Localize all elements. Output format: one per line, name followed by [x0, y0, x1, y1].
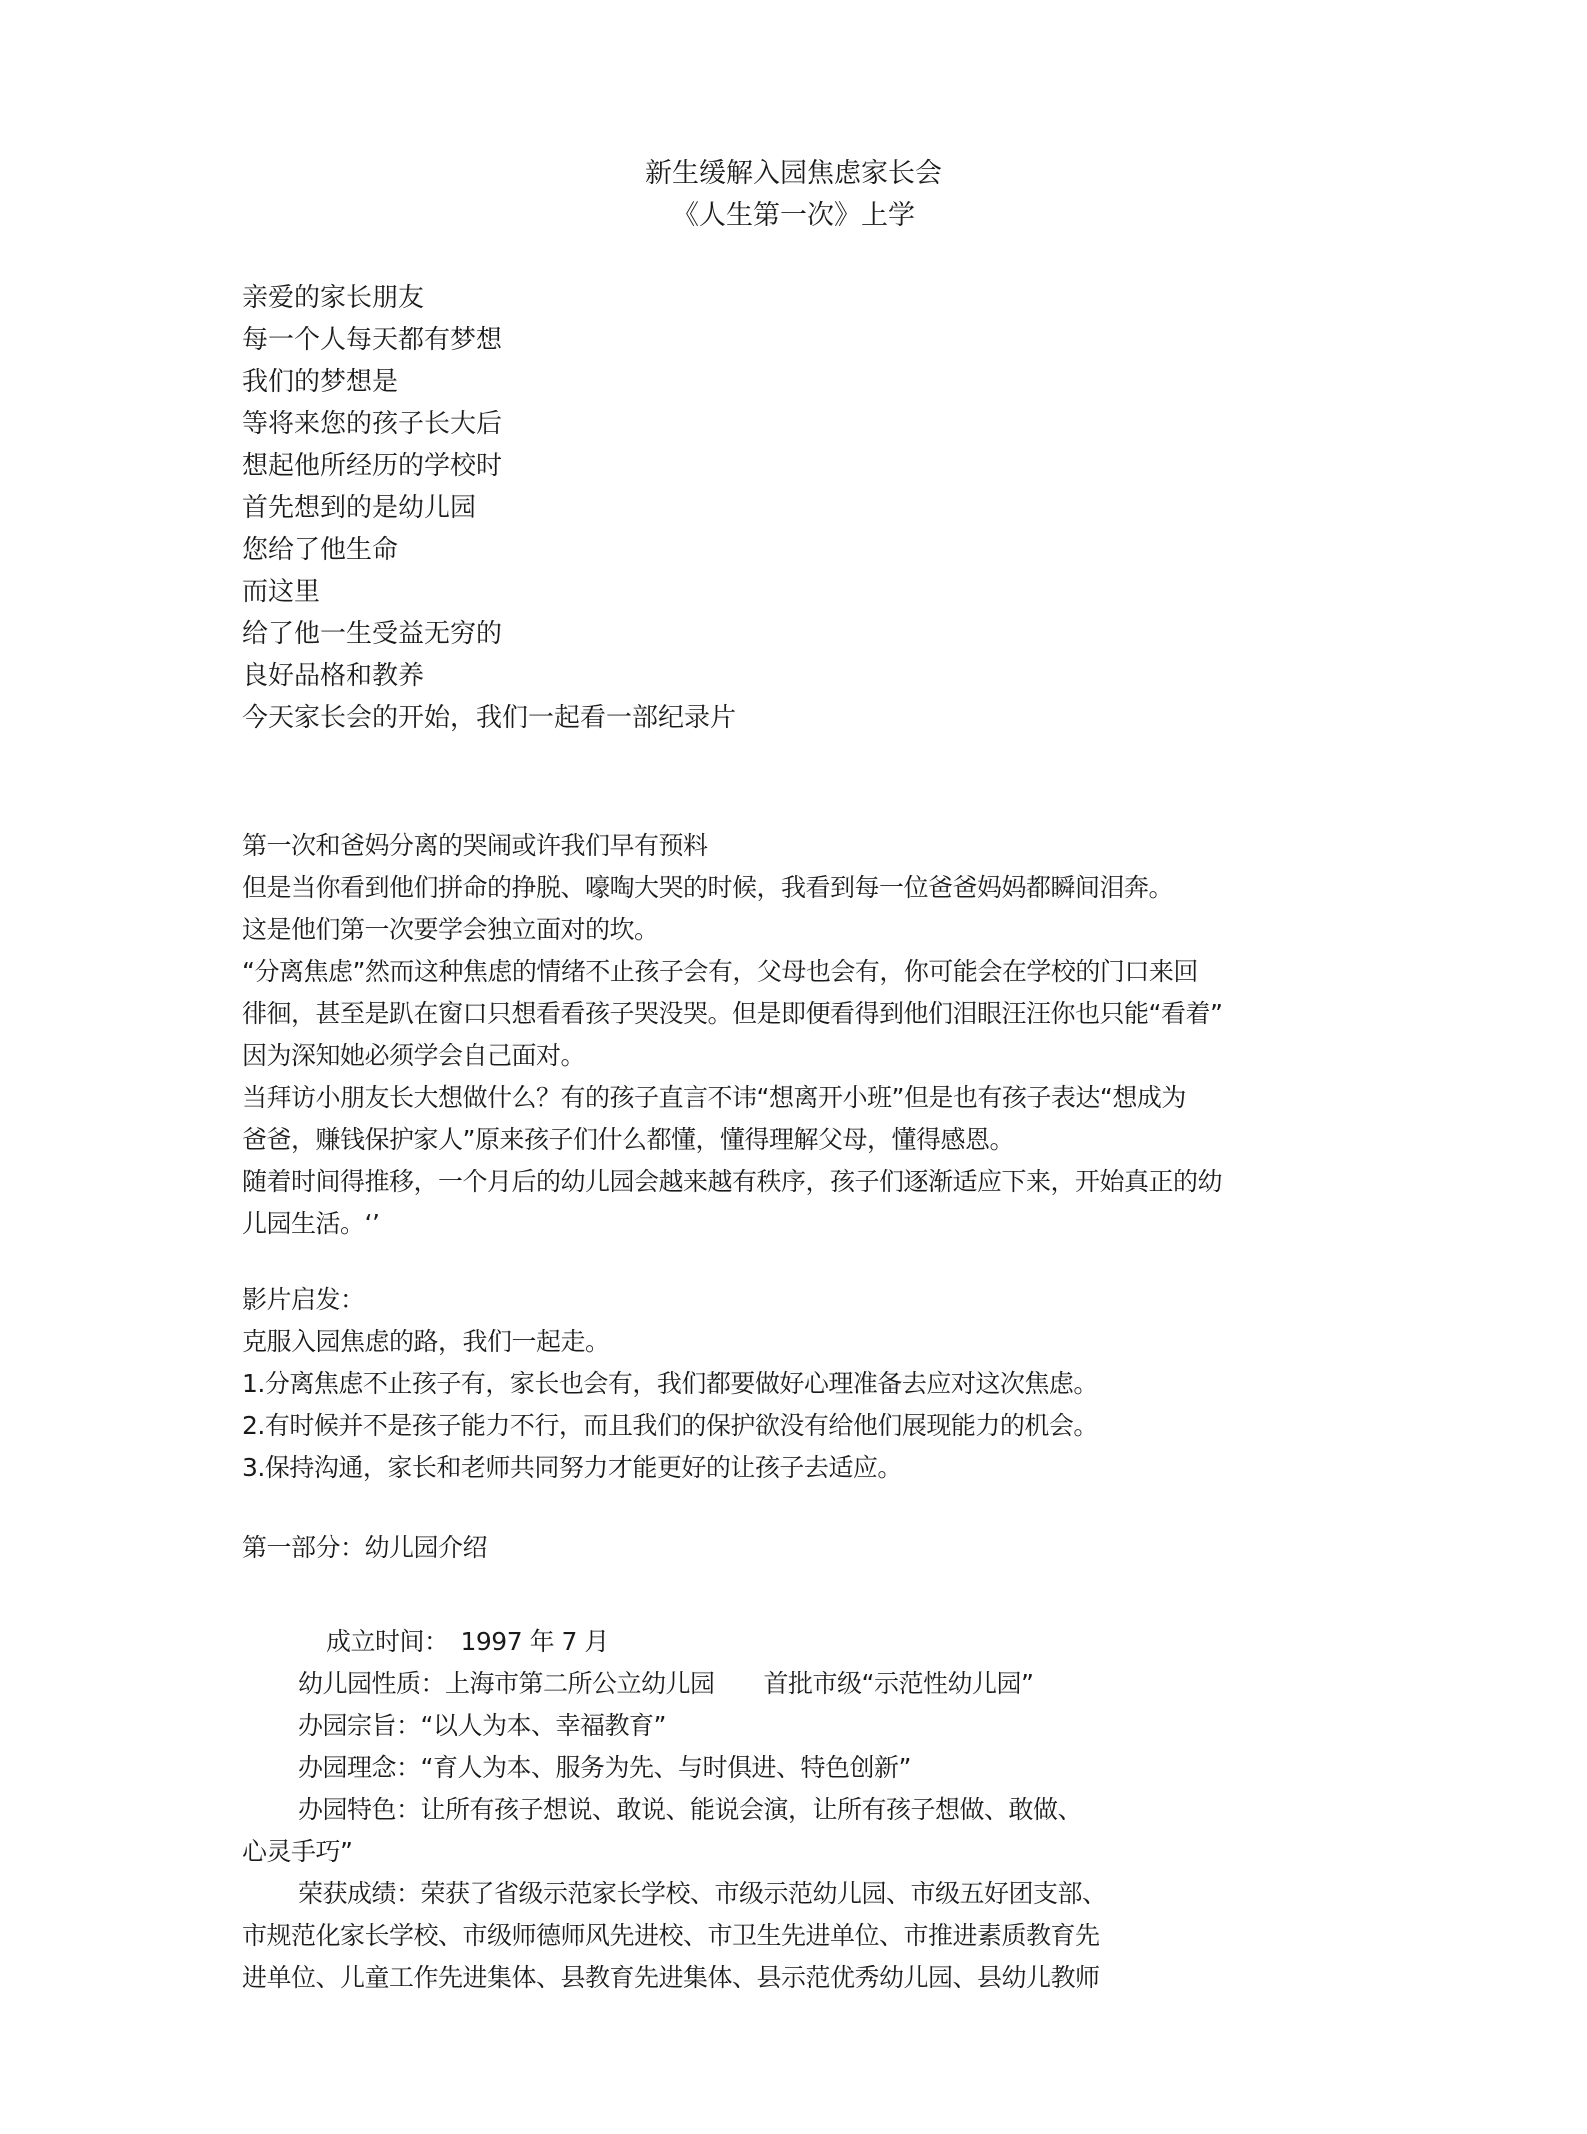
inspiration-point: 1.分离焦虑不止孩子有，家长也会有，我们都要做好心理准备去应对这次焦虑。: [242, 1364, 1098, 1404]
nature-line: 幼儿园性质：上海市第二所公立幼儿园 首批市级“示范性幼儿园”: [298, 1664, 1033, 1704]
inspiration-point: 2.有时候并不是孩子能力不行，而且我们的保护欲没有给他们展现能力的机会。: [242, 1406, 1098, 1446]
documentary-line: “分离焦虑”然而这种焦虑的情绪不止孩子会有，父母也会有，你可能会在学校的门口来回: [242, 952, 1198, 992]
documentary-line: 但是当你看到他们拼命的挣脱、嚎啕大哭的时候，我看到每一位爸爸妈妈都瞬间泪奔。: [242, 868, 1173, 908]
intro-line: 等将来您的孩子长大后: [242, 404, 502, 444]
inspiration-point: 3.保持沟通，家长和老师共同努力才能更好的让孩子去适应。: [242, 1448, 902, 1488]
intro-line: 您给了他生命: [242, 530, 398, 570]
features-line-cont: 心灵手巧”: [242, 1832, 352, 1872]
documentary-line: 当拜访小朋友长大想做什么？有的孩子直言不讳“想离开小班”但是也有孩子表达“想成为: [242, 1078, 1186, 1118]
intro-line: 我们的梦想是: [242, 362, 398, 402]
intro-line: 良好品格和教养: [242, 656, 424, 696]
documentary-line: 随着时间得推移，一个月后的幼儿园会越来越有秩序，孩子们逐渐适应下来，开始真正的幼: [242, 1162, 1222, 1202]
inspiration-heading: 影片启发：: [242, 1280, 365, 1320]
inspiration-lead: 克服入园焦虑的路，我们一起走。: [242, 1322, 610, 1362]
purpose-line: 办园宗旨：“以人为本、幸福教育”: [298, 1706, 666, 1746]
intro-line: 今天家长会的开始，我们一起看一部纪录片: [242, 698, 736, 738]
documentary-line: 这是他们第一次要学会独立面对的坎。: [242, 910, 659, 950]
intro-line: 亲爱的家长朋友: [242, 278, 424, 318]
honors-line-cont: 进单位、儿童工作先进集体、县教育先进集体、县示范优秀幼儿园、县幼儿教师: [242, 1958, 1100, 1998]
document-page: 新生缓解入园焦虑家长会 《人生第一次》上学 亲爱的家长朋友 每一个人每天都有梦想…: [0, 0, 1587, 2134]
documentary-line: 徘徊，甚至是趴在窗口只想看看孩子哭没哭。但是即便看得到他们泪眼汪汪你也只能“看着…: [242, 994, 1222, 1034]
features-line: 办园特色：让所有孩子想说、敢说、能说会演，让所有孩子想做、敢做、: [298, 1790, 1082, 1830]
honors-line: 荣获成绩：荣获了省级示范家长学校、市级示范幼儿园、市级五好团支部、: [298, 1874, 1107, 1914]
document-subtitle: 《人生第一次》上学: [0, 196, 1587, 236]
documentary-line: 爸爸，赚钱保护家人”原来孩子们什么都懂，懂得理解父母，懂得感恩。: [242, 1120, 1014, 1160]
intro-line: 给了他一生受益无穷的: [242, 614, 502, 654]
documentary-line: 第一次和爸妈分离的哭闹或许我们早有预料: [242, 826, 708, 866]
intro-line: 每一个人每天都有梦想: [242, 320, 502, 360]
documentary-line: 因为深知她必须学会自己面对。: [242, 1036, 585, 1076]
document-title: 新生缓解入园焦虑家长会: [0, 154, 1587, 194]
honors-line-cont: 市规范化家长学校、市级师德师风先进校、市卫生先进单位、市推进素质教育先: [242, 1916, 1100, 1956]
philosophy-line: 办园理念：“育人为本、服务为先、与时俱进、特色创新”: [298, 1748, 911, 1788]
founded-line: 成立时间： 1997 年 7 月: [326, 1622, 609, 1662]
documentary-line: 儿园生活。‘’: [242, 1204, 379, 1244]
part-one-heading: 第一部分：幼儿园介绍: [242, 1528, 487, 1568]
intro-line: 而这里: [242, 572, 320, 612]
intro-line: 想起他所经历的学校时: [242, 446, 502, 486]
intro-line: 首先想到的是幼儿园: [242, 488, 476, 528]
